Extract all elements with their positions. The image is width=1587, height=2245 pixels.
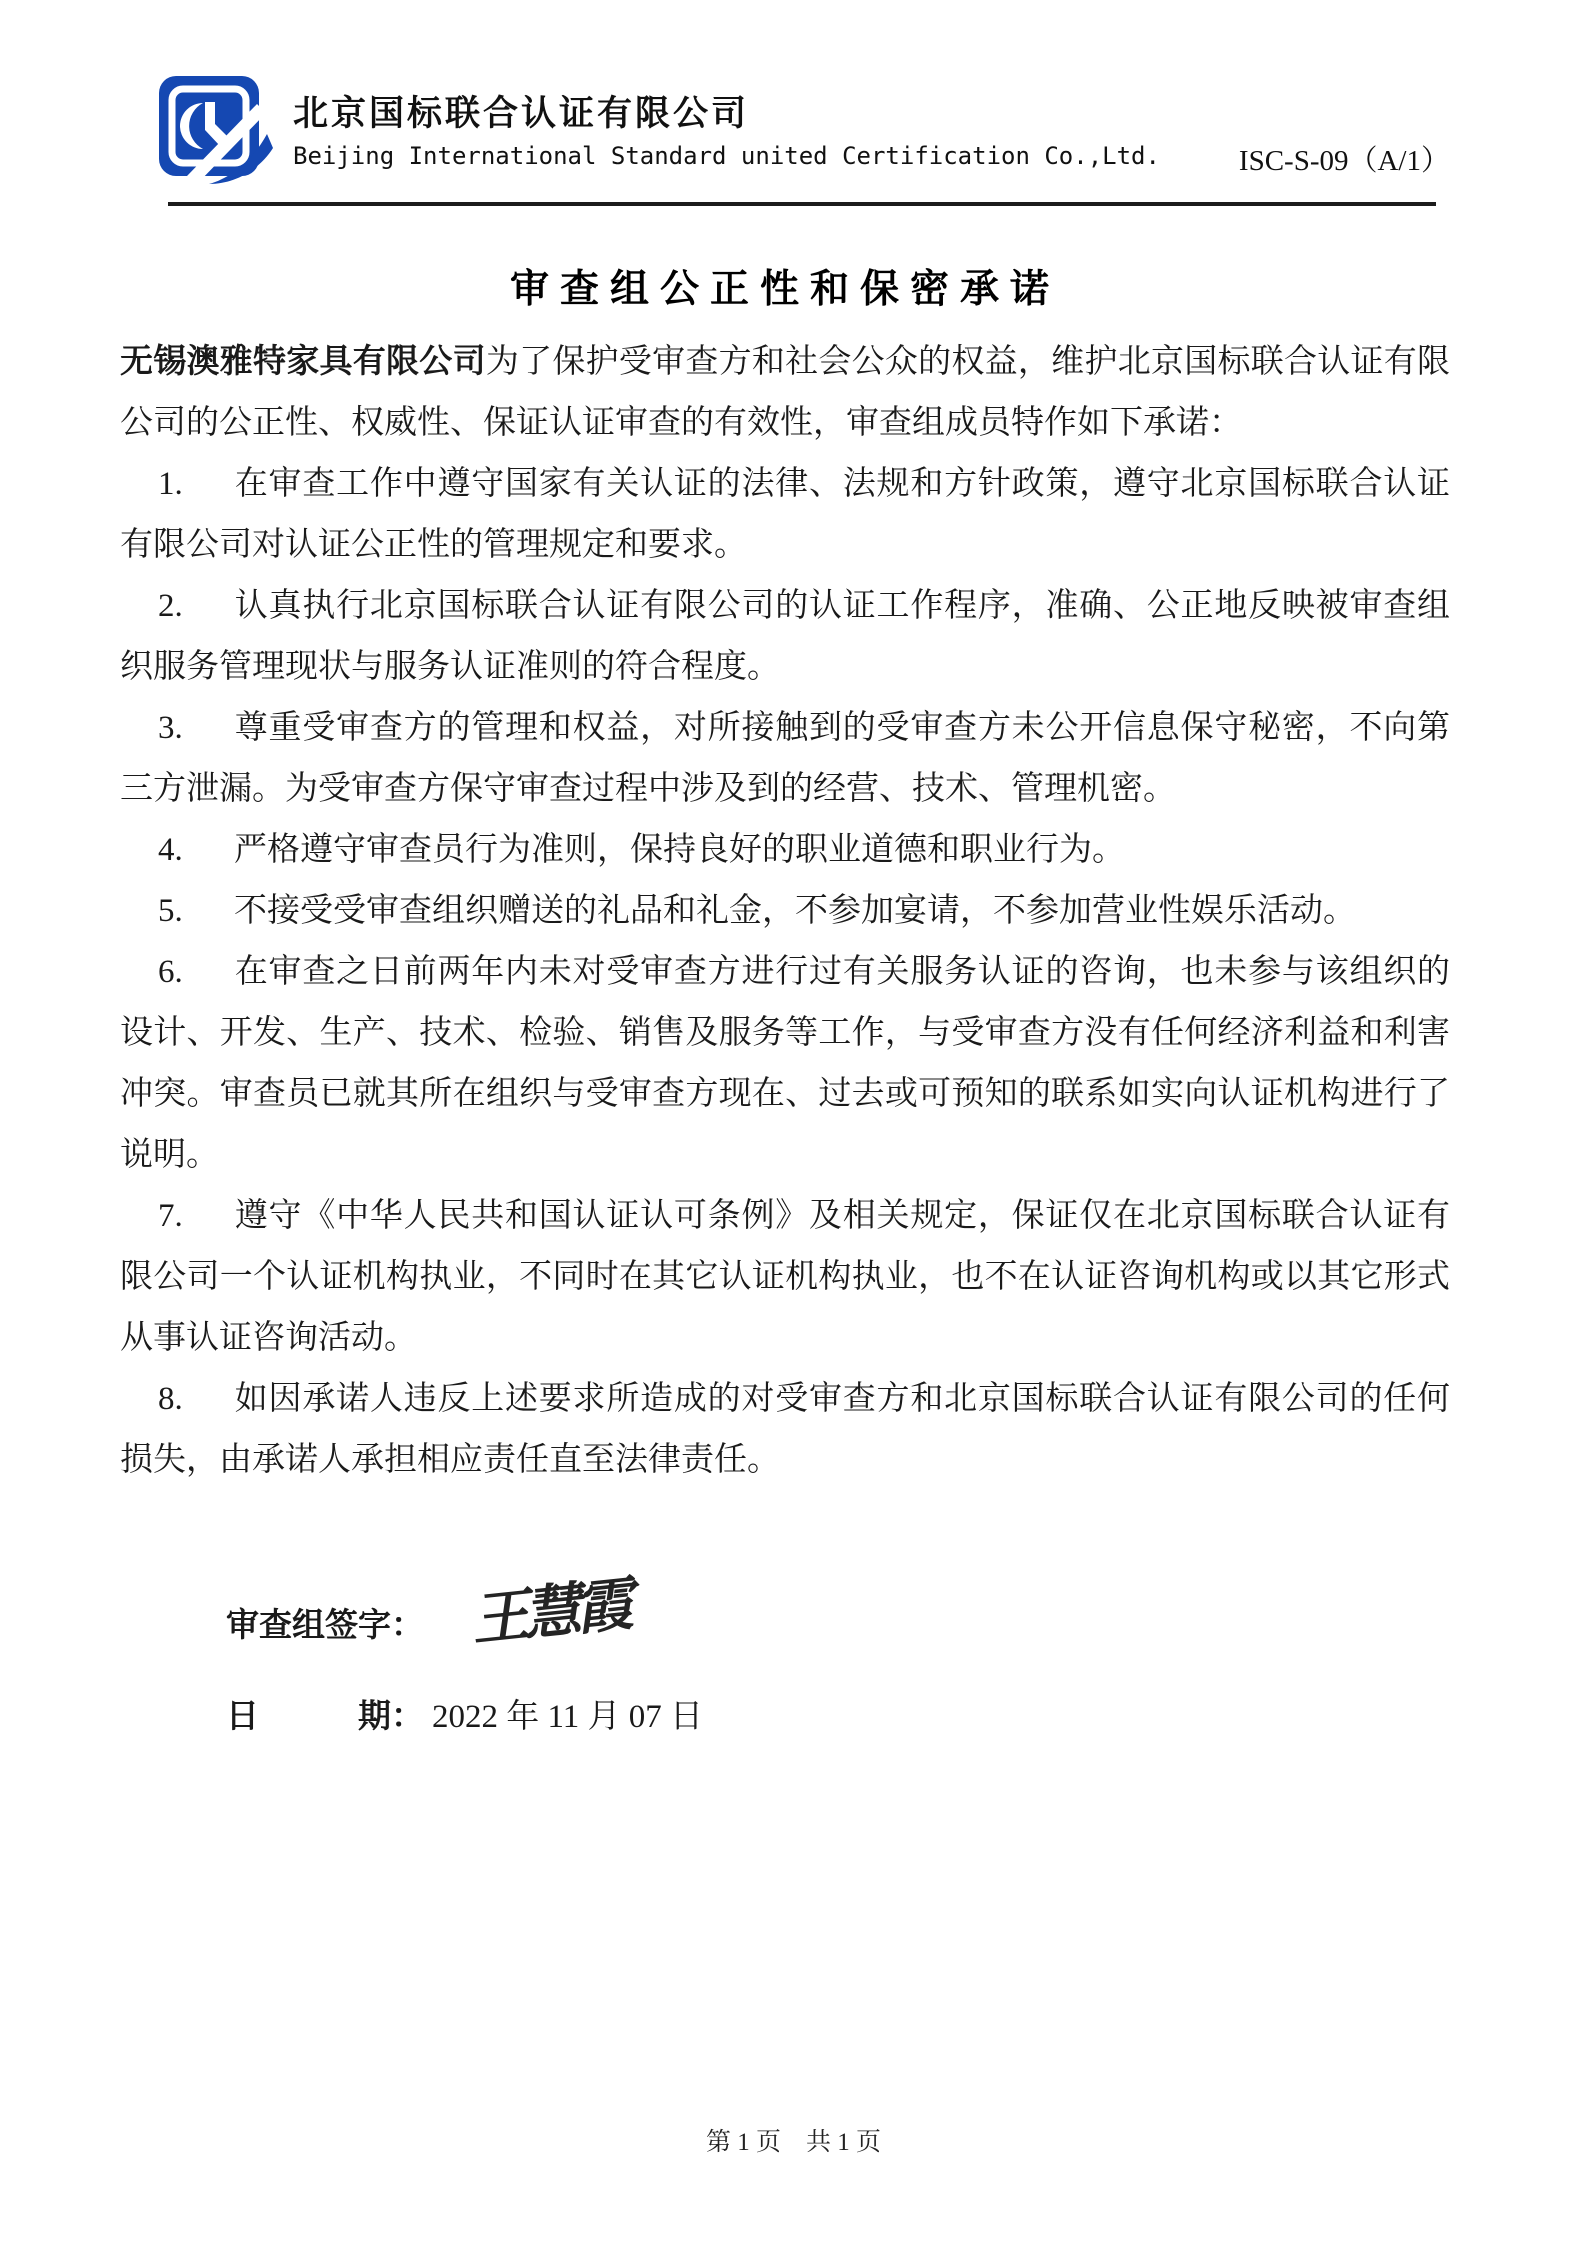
item-text: 如因承诺人违反上述要求所造成的对受审查方和北京国标联合认证有限公司的任何损失，由…	[120, 1381, 1450, 1478]
company-names: 北京国标联合认证有限公司 Beijing International Stand…	[293, 72, 1160, 170]
document-page: 北京国标联合认证有限公司 Beijing International Stand…	[0, 0, 1587, 2245]
company-name-cn: 北京国标联合认证有限公司	[293, 92, 1160, 136]
date-value: 2022 年 11 月 07 日	[432, 1687, 703, 1748]
item-text: 严格遵守审查员行为准则，保持良好的职业道德和职业行为。	[234, 832, 1125, 868]
commitment-item-4: 4.严格遵守审查员行为准则，保持良好的职业道德和职业行为。	[120, 820, 1450, 881]
date-label: 日 期：	[226, 1687, 424, 1748]
item-number: 4.	[158, 820, 234, 881]
item-text: 在审查工作中遵守国家有关认证的法律、法规和方针政策，遵守北京国标联合认证有限公司…	[120, 466, 1450, 563]
company-name-en: Beijing International Standard united Ce…	[293, 142, 1160, 170]
signature-handwriting: 王慧霞	[464, 1563, 694, 1663]
commitment-item-5: 5.不接受受审查组织赠送的礼品和礼金，不参加宴请，不参加营业性娱乐活动。	[120, 881, 1450, 942]
company-logo-icon	[157, 72, 275, 190]
item-number: 2.	[158, 576, 234, 637]
page-footer: 第 1 页 共 1 页	[0, 2122, 1587, 2158]
signature-label: 审查组签字：	[226, 1599, 424, 1646]
intro-company-bold: 无锡澳雅特家具有限公司	[120, 344, 486, 380]
commitment-item-3: 3.尊重受审查方的管理和权益，对所接触到的受审查方未公开信息保守秘密，不向第三方…	[120, 698, 1450, 820]
commitment-item-6: 6.在审查之日前两年内未对受审查方进行过有关服务认证的咨询，也未参与该组织的设计…	[120, 942, 1450, 1186]
item-number: 7.	[158, 1186, 234, 1247]
signature-name-text: 王慧霞	[468, 1571, 645, 1654]
item-number: 1.	[158, 454, 234, 515]
commitment-item-7: 7.遵守《中华人民共和国认证认可条例》及相关规定，保证仅在北京国标联合认证有限公…	[120, 1186, 1450, 1369]
item-number: 5.	[158, 881, 234, 942]
item-number: 6.	[158, 942, 234, 1003]
item-text: 尊重受审查方的管理和权益，对所接触到的受审查方未公开信息保守秘密，不向第三方泄漏…	[120, 710, 1450, 807]
item-text: 不接受受审查组织赠送的礼品和礼金，不参加宴请，不参加营业性娱乐活动。	[234, 893, 1356, 929]
item-text: 遵守《中华人民共和国认证认可条例》及相关规定，保证仅在北京国标联合认证有限公司一…	[120, 1198, 1450, 1356]
commitment-item-2: 2.认真执行北京国标联合认证有限公司的认证工作程序，准确、公正地反映被审查组织服…	[120, 576, 1450, 698]
document-body: 无锡澳雅特家具有限公司为了保护受审查方和社会公众的权益，维护北京国标联合认证有限…	[120, 332, 1450, 1491]
document-code: ISC-S-09（A/1）	[1239, 138, 1450, 179]
item-text: 在审查之日前两年内未对受审查方进行过有关服务认证的咨询，也未参与该组织的设计、开…	[120, 954, 1450, 1173]
date-row: 日 期： 2022 年 11 月 07 日	[226, 1687, 1450, 1748]
header-divider	[168, 202, 1436, 206]
logo-svg	[157, 72, 275, 190]
signature-row: 审查组签字： 王慧霞	[226, 1577, 1450, 1667]
item-number: 3.	[158, 698, 234, 759]
intro-paragraph: 无锡澳雅特家具有限公司为了保护受审查方和社会公众的权益，维护北京国标联合认证有限…	[120, 332, 1450, 454]
item-number: 8.	[158, 1369, 234, 1430]
page-title: 审查组公正性和保密承诺	[120, 258, 1450, 314]
commitment-item-8: 8.如因承诺人违反上述要求所造成的对受审查方和北京国标联合认证有限公司的任何损失…	[120, 1369, 1450, 1491]
commitment-item-1: 1.在审查工作中遵守国家有关认证的法律、法规和方针政策，遵守北京国标联合认证有限…	[120, 454, 1450, 576]
document-header: 北京国标联合认证有限公司 Beijing International Stand…	[120, 72, 1450, 190]
item-text: 认真执行北京国标联合认证有限公司的认证工作程序，准确、公正地反映被审查组织服务管…	[120, 588, 1450, 685]
